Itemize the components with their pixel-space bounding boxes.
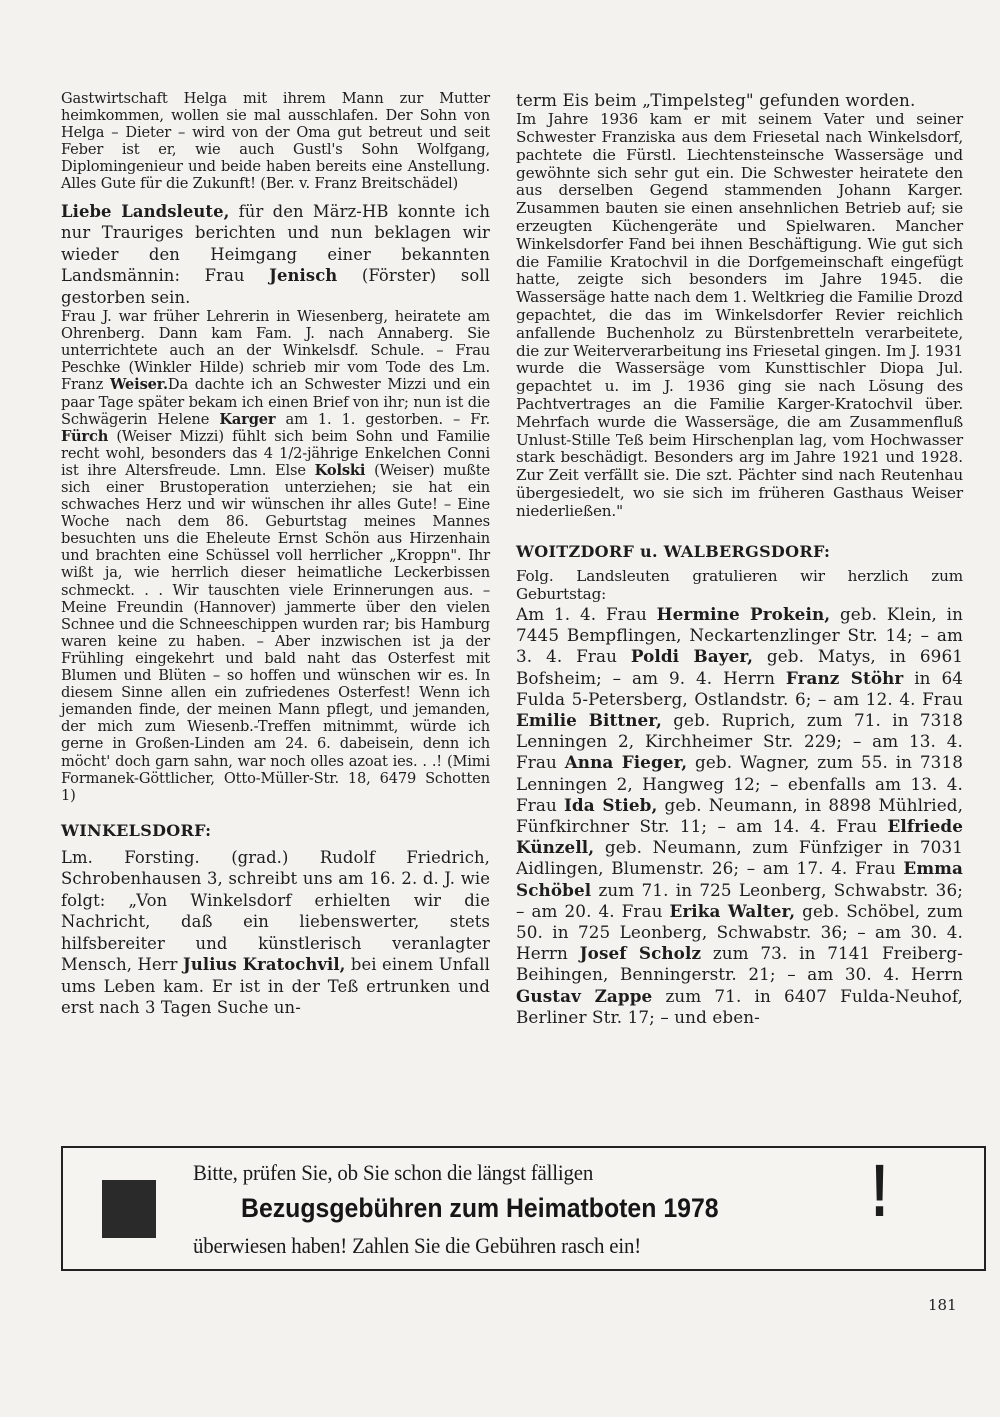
- history-paragraph: Im Jahre 1936 kam er mit seinem Vater un…: [516, 111, 963, 520]
- section-heading-woitzdorf: WOITZDORF u. WALBERGSDORF:: [516, 543, 963, 561]
- notice-line-1: Bitte, prüfen Sie, ob Sie schon die läng…: [193, 1160, 593, 1186]
- left-column: Gastwirtschaft Helga mit ihrem Mann zur …: [61, 90, 490, 1019]
- notice-headline: Bezugsgebühren zum Heimatboten 1978: [241, 1193, 719, 1224]
- name-karger: Karger: [219, 411, 275, 428]
- continuation-text: term Eis beim „Timpelsteg" gefunden word…: [516, 90, 963, 111]
- right-column: term Eis beim „Timpelsteg" gefunden word…: [516, 90, 963, 1028]
- birthday-list: Am 1. 4. Frau Hermine Prokein, geb. Klei…: [516, 604, 963, 1028]
- letter-greeting: Liebe Landsleute,: [61, 202, 229, 221]
- birthday-intro: Folg. Landsleuten gratulieren wir herzli…: [516, 568, 963, 604]
- birthday-entry: Josef Scholz zum 73. in 7141 Freiberg-Be…: [516, 943, 963, 984]
- page-number: 181: [928, 1296, 957, 1314]
- intro-paragraph: Gastwirtschaft Helga mit ihrem Mann zur …: [61, 90, 490, 193]
- name-jenisch: Jenisch: [269, 266, 337, 285]
- black-square-icon: [102, 1180, 156, 1238]
- name-kolski: Kolski: [315, 462, 366, 479]
- name-weiser: Weiser.: [110, 376, 168, 393]
- letter-opening: Liebe Landsleute, für den März-HB konnte…: [61, 201, 490, 309]
- name-fuerch: Fürch: [61, 428, 108, 445]
- winkelsdorf-text: Lm. Forsting. (grad.) Rudolf Friedrich, …: [61, 847, 490, 1019]
- subscription-notice-box: Bitte, prüfen Sie, ob Sie schon die läng…: [61, 1146, 986, 1271]
- section-heading-winkelsdorf: WINKELSDORF:: [61, 822, 490, 839]
- notice-line-3: überwiesen haben! Zahlen Sie die Gebühre…: [193, 1233, 641, 1259]
- birthday-entry: Gustav Zappe zum 71. in 6407 Fulda-Neuho…: [516, 986, 963, 1027]
- name-kratochvil: Julius Kratochvil,: [183, 955, 345, 974]
- letter-body: Frau J. war früher Lehrerin in Wiesenber…: [61, 308, 490, 804]
- exclamation-icon: !: [871, 1154, 888, 1228]
